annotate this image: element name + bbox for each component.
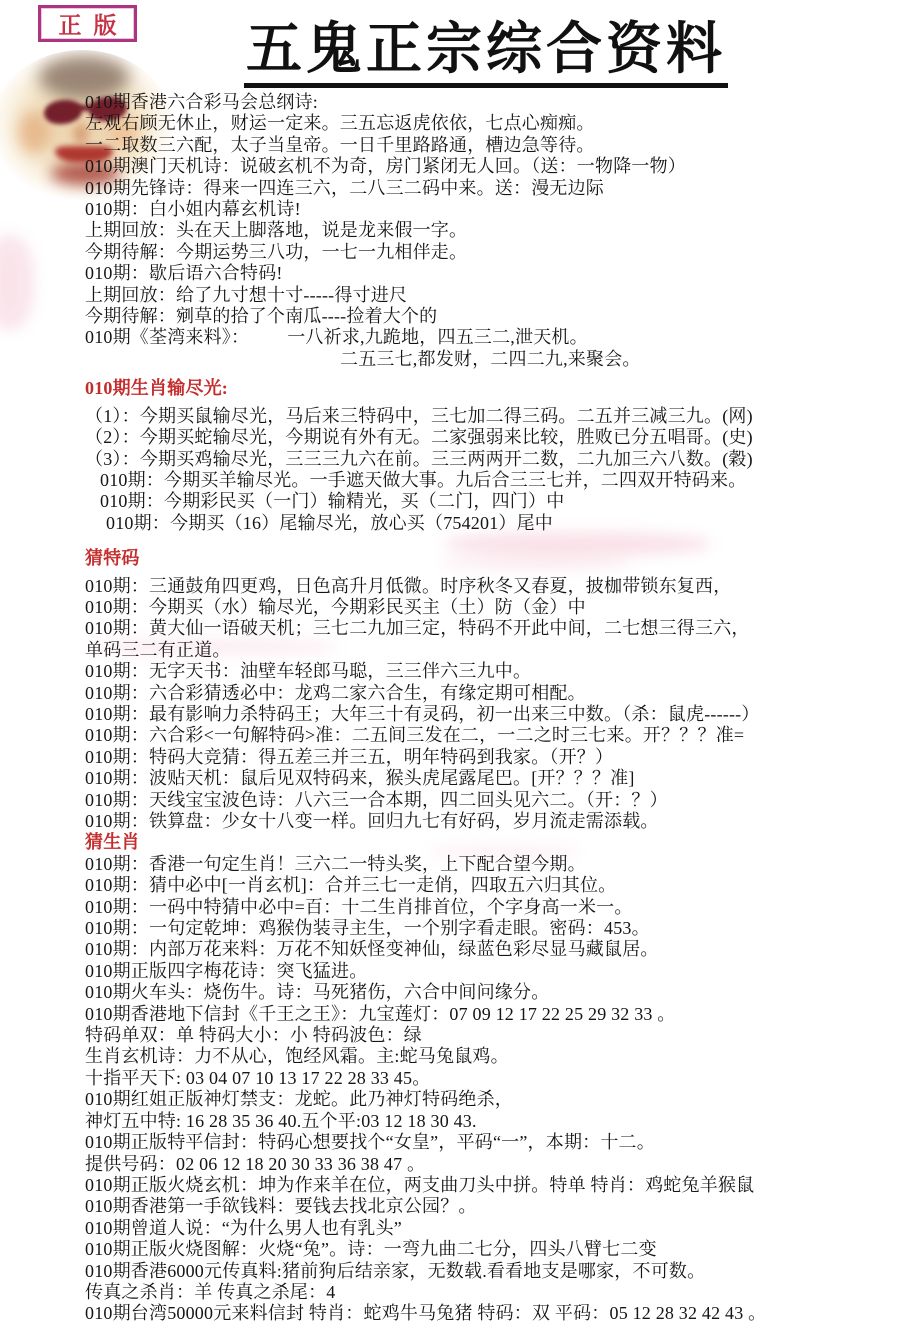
doc-line: 010期：猜中必中[一肖玄机]：合并三七一走俏，四取五六归其位。 (85, 875, 890, 896)
doc-line: 010期：六合彩猜透必中：龙鸡二家六合生，有缘定期可相配。 (85, 683, 890, 704)
doc-line: 猜特码 (85, 548, 890, 569)
doc-line: （2）：今期买蛇输尽光，今期说有外有无。二家强弱来比较，胜败已分五唱哥。(史) (85, 427, 890, 448)
authenticity-badge: 正版 (38, 5, 137, 42)
doc-line: 010期：香港一句定生肖！三六二一特头奖，上下配合望今期。 (85, 854, 890, 875)
doc-line: 单码三二有正道。 (85, 640, 890, 661)
doc-line: 010期曾道人说：“为什么男人也有乳头” (85, 1218, 890, 1239)
doc-line: 一二取数三六配，太子当皇帝。一日千里路路通，槽边急等待。 (85, 135, 890, 156)
doc-line: 010期：天线宝宝波色诗：八六三一合本期，四二回头见六二。（开：？） (85, 790, 890, 811)
doc-line: 010期正版火烧玄机：坤为作来羊在位，两支曲刀头中拼。特单 特肖：鸡蛇兔羊猴鼠 (85, 1175, 890, 1196)
doc-line: 010期先锋诗：得来一四连三六，二八三二码中来。送：漫无边际 (85, 178, 890, 199)
doc-line: 010期：三通鼓角四更鸡，日色高升月低微。时序秋冬又春夏，披枷带锁东复西， (85, 576, 890, 597)
doc-line: 010期：铁算盘：少女十八变一样。回归九七有好码，岁月流走需添载。 (85, 811, 890, 832)
doc-line: 010期：白小姐内幕玄机诗! (85, 199, 890, 220)
lottery-info-sheet: 正版 五鬼正宗综合资料 010期香港六合彩马会总纲诗:左观右顾无休止，财运一定来… (0, 0, 900, 1325)
doc-line: 010期：内部万花来料：万花不知妖怪变神仙，绿蓝色彩尽显马藏鼠居。 (85, 939, 890, 960)
doc-line: 010期台湾50000元来料信封 特肖：蛇鸡牛马兔猪 特码：双 平码：05 12… (85, 1303, 890, 1324)
doc-line: 传真之杀肖：羊 传真之杀尾：4 (85, 1282, 890, 1303)
page-title: 五鬼正宗综合资料 (244, 22, 728, 88)
doc-line: 010期红姐正版神灯禁支：龙蛇。此乃神灯特码绝杀， (85, 1089, 890, 1110)
doc-line: 今期待解：今期运势三八功，一七一九相伴走。 (85, 242, 890, 263)
doc-line: 提供号码：02 06 12 18 20 30 33 36 38 47 。 (85, 1154, 890, 1175)
doc-line: 010期香港六合彩马会总纲诗: (85, 92, 890, 113)
doc-line: 010期：一句定乾坤：鸡猴伪装寻主生，一个别字看走眼。密码：453。 (85, 918, 890, 939)
doc-line: 010期：最有影响力杀特码王；大年三十有灵码，初一出来三中数。（杀：鼠虎----… (85, 704, 890, 725)
doc-line: 010期香港第一手欲钱料：要钱去找北京公园？。 (85, 1196, 890, 1217)
doc-line: （3）：今期买鸡输尽光，三三三九六在前。三三两两开二数，二九加三六八数。(穀) (85, 449, 890, 470)
doc-line: 010期正版火烧图解：火烧“兔”。诗：一弯九曲二七分，四头八臂七二变 (85, 1239, 890, 1260)
doc-line-verse: 一八祈求,九跪地，四五三二,泄天机。 (287, 327, 588, 347)
doc-line: 十指平天下: 03 04 07 10 13 17 22 28 33 45。 (85, 1068, 890, 1089)
doc-line: 010期：歇后语六合特码! (85, 263, 890, 284)
doc-line: 010期正版四字梅花诗：突飞猛进。 (85, 961, 890, 982)
doc-line: 010期：波贴天机：鼠后见双特码来，猴头虎尾露尾巴。[开？？？准] (85, 768, 890, 789)
doc-line: （1）：今期买鼠输尽光，马后来三特码中，三七加二得三码。二五并三减三九。(网) (85, 406, 890, 427)
doc-line: 010期：六合彩<一句解特码>准：二五间三发在二，一二之时三七来。开？？？准= (85, 725, 890, 746)
doc-line-lead: 010期《荃湾来料》： (85, 327, 249, 347)
doc-line: 今期待解：剜草的拾了个南瓜----捡着大个的 (85, 306, 890, 327)
doc-line: 猜生肖 (85, 832, 890, 853)
doc-line: 特码单双：单 特码大小：小 特码波色：绿 (85, 1025, 890, 1046)
doc-line: 二五三七,都发财，二四二九,来聚会。 (340, 349, 890, 370)
doc-line: 上期回放：头在天上脚落地，说是龙来假一字。 (85, 220, 890, 241)
doc-line: 010期正版特平信封：特码心想要找个“女皇”，平码“一”，本期：十二。 (85, 1132, 890, 1153)
doc-line: 010期：特码大竞猜：得五差三并三五，明年特码到我家。（开？） (85, 747, 890, 768)
doc-line: 010期生肖输尽光: (85, 378, 890, 399)
doc-line: 左观右顾无休止，财运一定来。三五忘返虎依依，七点心痴痴。 (85, 113, 890, 134)
doc-line: 010期：今期买（16）尾输尽光，放心买（754201）尾中 (106, 513, 890, 534)
doc-line: 010期：今期彩民买（一门）输精光，买（二门，四门）中 (100, 491, 890, 512)
doc-line: 010期：今期买羊输尽光。一手遮天做大事。九后合三三七并，二四双开特码来。 (100, 470, 890, 491)
authenticity-badge-label: 正版 (59, 7, 129, 40)
doc-body: 010期香港六合彩马会总纲诗:左观右顾无休止，财运一定来。三五忘返虎依依，七点心… (0, 92, 900, 1325)
doc-line: 神灯五中特: 16 28 35 36 40.五个平:03 12 18 30 43… (85, 1111, 890, 1132)
doc-line: 010期香港6000元传真料:猪前狗后结亲家，无数载.看看地支是哪家，不可数。 (85, 1261, 890, 1282)
doc-line: 010期：无字天书：油壁车轻郎马聪，三三伴六三九中。 (85, 661, 890, 682)
doc-line: 010期：一码中特猜中必中=百：十二生肖排首位，个字身高一米一。 (85, 897, 890, 918)
doc-line: 010期：黄大仙一语破天机；三七二九加三定，特码不开此中间，二七想三得三六， (85, 618, 890, 639)
doc-line: 010期火车头：烧伤牛。诗：马死猪伤，六合中间问缘分。 (85, 982, 890, 1003)
doc-line: 上期回放：给了九寸想十寸-----得寸进尺 (85, 285, 890, 306)
doc-line: 010期澳门天机诗：说破玄机不为奇，房门紧闭无人回。（送：一物降一物） (85, 156, 890, 177)
doc-line: 生肖玄机诗：力不从心，饱经风霜。主:蛇马兔鼠鸡。 (85, 1046, 890, 1067)
doc-line: 010期：今期买（水）输尽光，今期彩民买主（土）防（金）中 (85, 597, 890, 618)
doc-line: 010期《荃湾来料》：一八祈求,九跪地，四五三二,泄天机。 (85, 327, 890, 348)
doc-line: 010期香港地下信封《千王之王》：九宝莲灯：07 09 12 17 22 25 … (85, 1004, 890, 1025)
